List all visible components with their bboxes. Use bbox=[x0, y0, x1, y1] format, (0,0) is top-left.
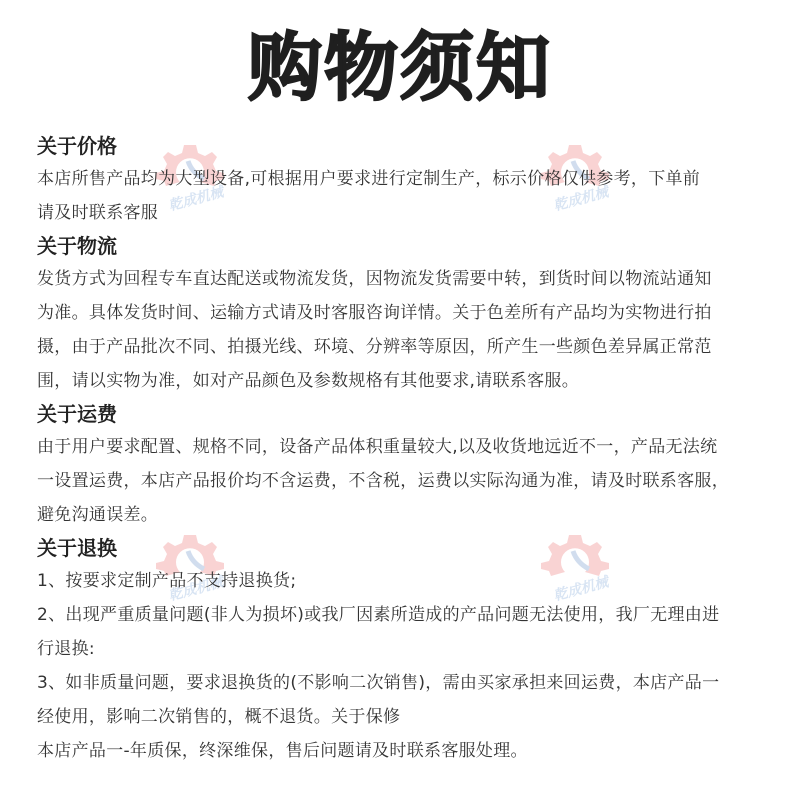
paragraph-line: 避免沟通误差。 bbox=[37, 498, 777, 532]
paragraph-line: 2、出现严重质量问题(非人为损坏)或我厂因素所造成的产品问题无法使用，我厂无理由… bbox=[37, 598, 777, 632]
section-returns: 关于退换 1、按要求定制产品不支持退换货; 2、出现严重质量问题(非人为损坏)或… bbox=[37, 532, 777, 768]
paragraph-line: 1、按要求定制产品不支持退换货; bbox=[37, 564, 777, 598]
paragraph-line: 由于用户要求配置、规格不同，设备产品体积重量较大,以及收货地远近不一，产品无法统 bbox=[37, 430, 777, 464]
paragraph-line: 经使用，影响二次销售的，概不退货。关于保修 bbox=[37, 700, 777, 734]
paragraph-line: 为准。具体发货时间、运输方式请及时客服咨询详情。关于色差所有产品均为实物进行拍 bbox=[37, 296, 777, 330]
section-heading: 关于价格 bbox=[37, 130, 777, 162]
section-shipping-fee: 关于运费 由于用户要求配置、规格不同，设备产品体积重量较大,以及收货地远近不一，… bbox=[37, 398, 777, 532]
section-heading: 关于退换 bbox=[37, 532, 777, 564]
section-heading: 关于运费 bbox=[37, 398, 777, 430]
paragraph-line: 摄，由于产品批次不同、拍摄光线、环境、分辨率等原因，所产生一些颜色差异属正常范 bbox=[37, 330, 777, 364]
paragraph-line: 行退换: bbox=[37, 632, 777, 666]
section-price: 关于价格 本店所售产品均为大型设备,可根据用户要求进行定制生产，标示价格仅供参考… bbox=[37, 130, 777, 230]
section-logistics: 关于物流 发货方式为回程专车直达配送或物流发货，因物流发货需要中转，到货时间以物… bbox=[37, 230, 777, 398]
paragraph-line: 围，请以实物为准，如对产品颜色及参数规格有其他要求,请联系客服。 bbox=[37, 364, 777, 398]
paragraph-line: 3、如非质量问题，要求退换货的(不影响二次销售)，需由买家承担来回运费，本店产品… bbox=[37, 666, 777, 700]
notice-content: 关于价格 本店所售产品均为大型设备,可根据用户要求进行定制生产，标示价格仅供参考… bbox=[37, 130, 777, 768]
paragraph-line: 一设置运费，本店产品报价均不含运费，不含税，运费以实际沟通为准，请及时联系客服， bbox=[37, 464, 777, 498]
paragraph-line: 本店所售产品均为大型设备,可根据用户要求进行定制生产，标示价格仅供参考，下单前 bbox=[37, 162, 777, 196]
paragraph-line: 发货方式为回程专车直达配送或物流发货，因物流发货需要中转，到货时间以物流站通知 bbox=[37, 262, 777, 296]
paragraph-line: 请及时联系客服 bbox=[37, 196, 777, 230]
paragraph-line: 本店产品一-年质保，终深维保，售后问题请及时联系客服处理。 bbox=[37, 734, 777, 768]
section-heading: 关于物流 bbox=[37, 230, 777, 262]
page-title: 购物须知 bbox=[0, 18, 800, 118]
